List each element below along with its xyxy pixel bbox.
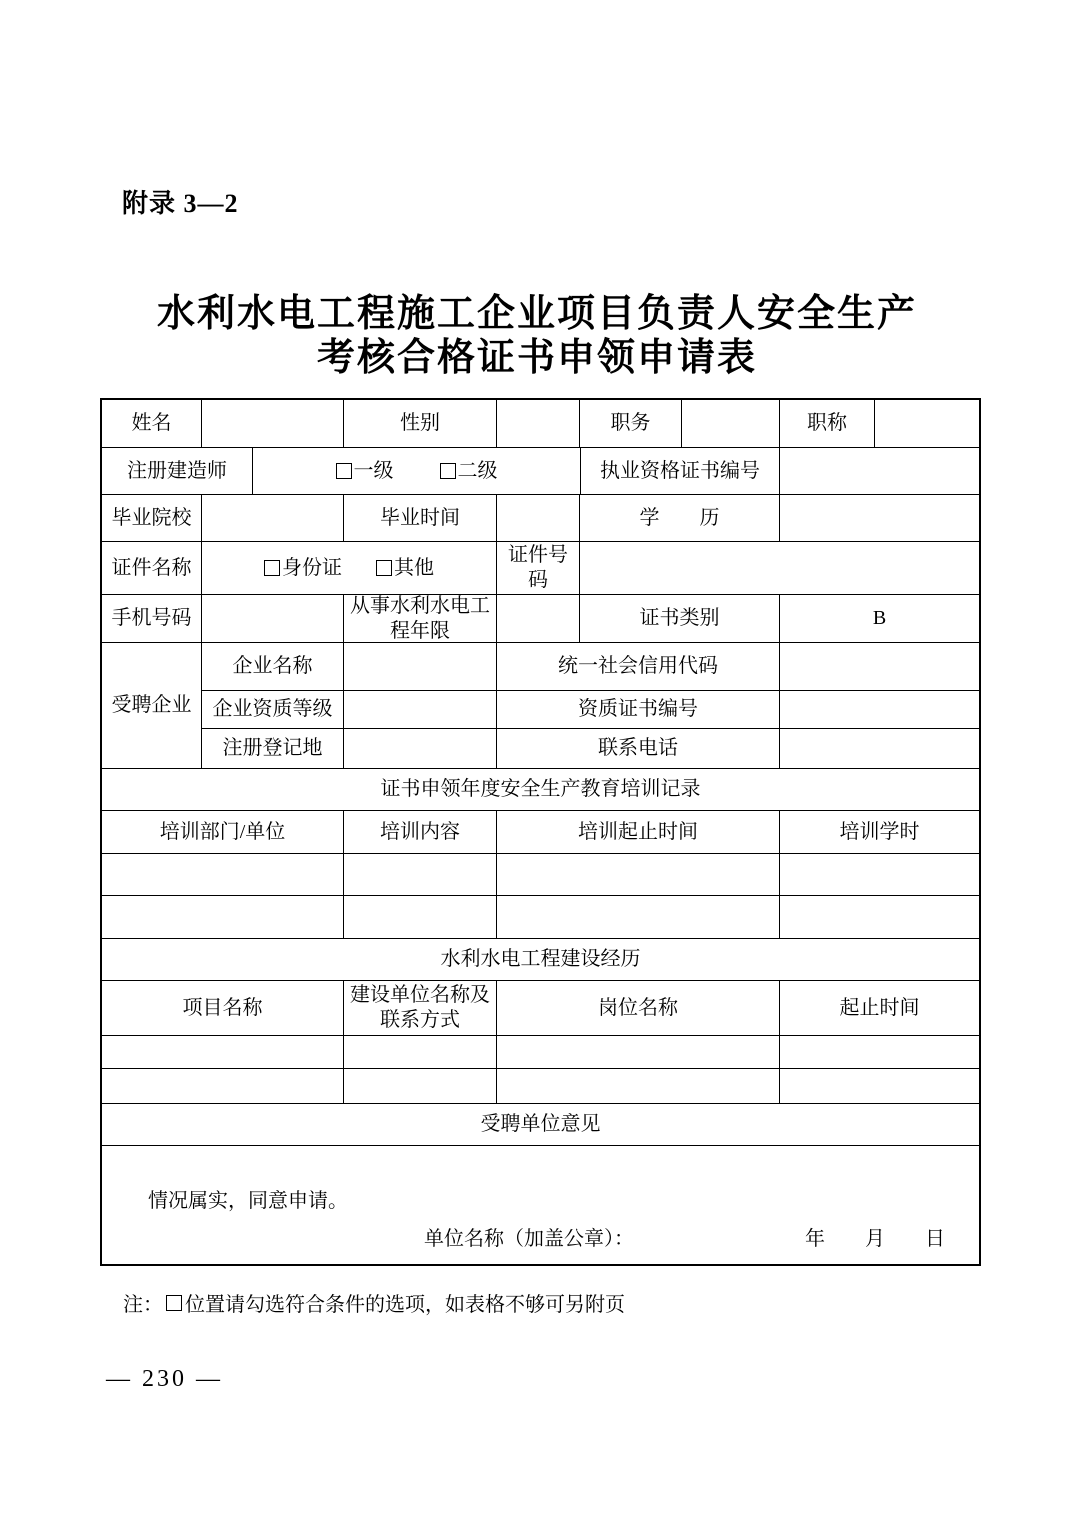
footnote-text: 位置请勾选符合条件的选项，如表格不够可另附页 xyxy=(185,1288,625,1317)
name-input-cell[interactable] xyxy=(202,400,344,447)
table-row-personal: 姓名 性别 职务 职称 xyxy=(102,400,979,448)
gender-label-cell: 性别 xyxy=(344,400,497,447)
company-name-input-cell[interactable] xyxy=(344,643,497,690)
credit-code-input-cell[interactable] xyxy=(780,643,979,690)
training-period-input-cell[interactable] xyxy=(497,854,780,895)
gender-input-cell[interactable] xyxy=(497,400,580,447)
experience-post-input-cell[interactable] xyxy=(497,1069,780,1103)
school-label-cell: 毕业院校 xyxy=(102,495,202,541)
company-name-label-cell: 企业名称 xyxy=(202,643,344,690)
experience-columns-row: 项目名称 建设单位名称及 联系方式 岗位名称 起止时间 xyxy=(102,981,979,1036)
option-id-card-label: 身份证 xyxy=(282,556,342,581)
table-row-qualification: 企业资质等级 资质证书编号 xyxy=(202,691,979,730)
experience-col-project: 项目名称 xyxy=(102,981,344,1035)
id-number-input-cell[interactable] xyxy=(580,542,979,594)
job-title-input-cell[interactable] xyxy=(875,400,979,447)
experience-owner-input-cell[interactable] xyxy=(344,1069,497,1103)
table-row-id-document: 证件名称 身份证 其他 证件号 码 xyxy=(102,542,979,595)
experience-col-post: 岗位名称 xyxy=(497,981,780,1035)
opinion-signature-line: 单位名称（加盖公章）： 年 月 日 xyxy=(424,1222,945,1251)
table-row-company-name: 企业名称 统一社会信用代码 xyxy=(202,643,979,691)
checkbox-icon[interactable] xyxy=(440,463,456,479)
qual-cert-no-input-cell[interactable] xyxy=(780,691,979,729)
opinion-content-row: 情况属实，同意申请。 单位名称（加盖公章）： 年 月 日 xyxy=(102,1146,979,1264)
job-title-label-cell: 职称 xyxy=(780,400,875,447)
cert-type-value-cell: B xyxy=(780,595,979,642)
training-col-content: 培训内容 xyxy=(344,811,497,853)
grad-time-label-cell: 毕业时间 xyxy=(344,495,497,541)
application-form-table: 姓名 性别 职务 职称 注册建造师 一级 二级 执业资格证书编号 xyxy=(100,398,981,1266)
form-title: 水利水电工程施工企业项目负责人安全生产 考核合格证书申领申请表 xyxy=(0,292,1074,380)
opinion-section-header-row: 受聘单位意见 xyxy=(102,1104,979,1146)
contact-phone-label-cell: 联系电话 xyxy=(497,729,780,768)
form-title-line-1: 水利水电工程施工企业项目负责人安全生产 xyxy=(0,292,1074,336)
training-department-input-cell[interactable] xyxy=(102,854,344,895)
form-title-line-2: 考核合格证书申领申请表 xyxy=(0,336,1074,380)
position-input-cell[interactable] xyxy=(682,400,780,447)
option-level-1: 一级 xyxy=(336,459,394,484)
training-period-input-cell[interactable] xyxy=(497,896,780,938)
mobile-label-cell: 手机号码 xyxy=(102,595,202,642)
school-input-cell[interactable] xyxy=(202,495,344,541)
option-level-1-label: 一级 xyxy=(354,459,394,484)
practice-cert-no-input-cell[interactable] xyxy=(780,448,979,494)
training-empty-row xyxy=(102,896,979,939)
training-section-header: 证书申领年度安全生产教育培训记录 xyxy=(102,769,979,810)
education-input-cell[interactable] xyxy=(780,495,979,541)
footnote-prefix: 注： xyxy=(123,1288,163,1317)
page-number: — 230 — xyxy=(106,1366,223,1393)
id-type-label-cell: 证件名称 xyxy=(102,542,202,594)
option-id-card: 身份证 xyxy=(264,556,342,581)
table-row-registered-addr: 注册登记地 联系电话 xyxy=(202,729,979,768)
checkbox-icon[interactable] xyxy=(376,560,392,576)
constructor-label-cell: 注册建造师 xyxy=(102,448,253,494)
table-row-education: 毕业院校 毕业时间 学 历 xyxy=(102,495,979,542)
training-department-input-cell[interactable] xyxy=(102,896,344,938)
option-level-2: 二级 xyxy=(440,459,498,484)
experience-col-period: 起止时间 xyxy=(780,981,979,1035)
experience-project-input-cell[interactable] xyxy=(102,1036,344,1068)
experience-period-input-cell[interactable] xyxy=(780,1069,979,1103)
footnote: 注： 位置请勾选符合条件的选项，如表格不够可另附页 xyxy=(123,1288,625,1317)
experience-project-input-cell[interactable] xyxy=(102,1069,344,1103)
option-level-2-label: 二级 xyxy=(458,459,498,484)
seal-label: 单位名称（加盖公章）： xyxy=(424,1222,634,1251)
checkbox-icon[interactable] xyxy=(264,560,280,576)
table-row-constructor: 注册建造师 一级 二级 执业资格证书编号 xyxy=(102,448,979,495)
id-type-options-cell: 身份证 其他 xyxy=(202,542,497,594)
checkbox-icon xyxy=(166,1295,182,1311)
work-years-input-cell[interactable] xyxy=(497,595,580,642)
experience-period-input-cell[interactable] xyxy=(780,1036,979,1068)
position-label-cell: 职务 xyxy=(580,400,682,447)
id-number-label-cell: 证件号 码 xyxy=(497,542,580,594)
training-col-period: 培训起止时间 xyxy=(497,811,780,853)
option-id-other: 其他 xyxy=(376,556,434,581)
experience-post-input-cell[interactable] xyxy=(497,1036,780,1068)
experience-section-header: 水利水电工程建设经历 xyxy=(102,939,979,980)
document-page: 附录 3—2 水利水电工程施工企业项目负责人安全生产 考核合格证书申领申请表 姓… xyxy=(0,0,1074,1520)
registered-addr-input-cell[interactable] xyxy=(344,729,497,768)
mobile-input-cell[interactable] xyxy=(202,595,344,642)
opinion-statement: 情况属实，同意申请。 xyxy=(148,1184,348,1213)
training-empty-row xyxy=(102,854,979,896)
constructor-level-options-cell: 一级 二级 xyxy=(253,448,581,494)
registered-addr-label-cell: 注册登记地 xyxy=(202,729,344,768)
qualification-label-cell: 企业资质等级 xyxy=(202,691,344,729)
experience-empty-row xyxy=(102,1069,979,1104)
experience-owner-input-cell[interactable] xyxy=(344,1036,497,1068)
training-col-department: 培训部门/单位 xyxy=(102,811,344,853)
training-col-hours: 培训学时 xyxy=(780,811,979,853)
table-row-mobile-cert: 手机号码 从事水利水电工 程年限 证书类别 B xyxy=(102,595,979,643)
opinion-content-cell: 情况属实，同意申请。 单位名称（加盖公章）： 年 月 日 xyxy=(102,1146,979,1264)
contact-phone-input-cell[interactable] xyxy=(780,729,979,768)
opinion-section-header: 受聘单位意见 xyxy=(102,1104,979,1145)
date-label: 年 月 日 xyxy=(805,1222,945,1251)
practice-cert-no-label-cell: 执业资格证书编号 xyxy=(581,448,780,494)
employer-subrows: 企业名称 统一社会信用代码 企业资质等级 资质证书编号 注册登记地 联系电话 xyxy=(202,643,979,768)
qual-cert-no-label-cell: 资质证书编号 xyxy=(497,691,780,729)
grad-time-input-cell[interactable] xyxy=(497,495,580,541)
experience-col-owner: 建设单位名称及 联系方式 xyxy=(344,981,497,1035)
checkbox-icon[interactable] xyxy=(336,463,352,479)
experience-empty-row xyxy=(102,1036,979,1069)
training-columns-row: 培训部门/单位 培训内容 培训起止时间 培训学时 xyxy=(102,811,979,854)
experience-section-header-row: 水利水电工程建设经历 xyxy=(102,939,979,981)
name-label-cell: 姓名 xyxy=(102,400,202,447)
option-id-other-label: 其他 xyxy=(394,556,434,581)
qualification-input-cell[interactable] xyxy=(344,691,497,729)
work-years-label-cell: 从事水利水电工 程年限 xyxy=(344,595,497,642)
employer-section-row: 受聘企业 企业名称 统一社会信用代码 企业资质等级 资质证书编号 注册登记地 xyxy=(102,643,979,769)
cert-type-label-cell: 证书类别 xyxy=(580,595,780,642)
training-hours-input-cell[interactable] xyxy=(780,896,979,938)
training-hours-input-cell[interactable] xyxy=(780,854,979,895)
training-content-input-cell[interactable] xyxy=(344,896,497,938)
appendix-label: 附录 3—2 xyxy=(122,183,239,220)
training-section-header-row: 证书申领年度安全生产教育培训记录 xyxy=(102,769,979,811)
training-content-input-cell[interactable] xyxy=(344,854,497,895)
credit-code-label-cell: 统一社会信用代码 xyxy=(497,643,780,690)
education-label-cell: 学 历 xyxy=(580,495,780,541)
employer-label-cell: 受聘企业 xyxy=(102,643,202,768)
